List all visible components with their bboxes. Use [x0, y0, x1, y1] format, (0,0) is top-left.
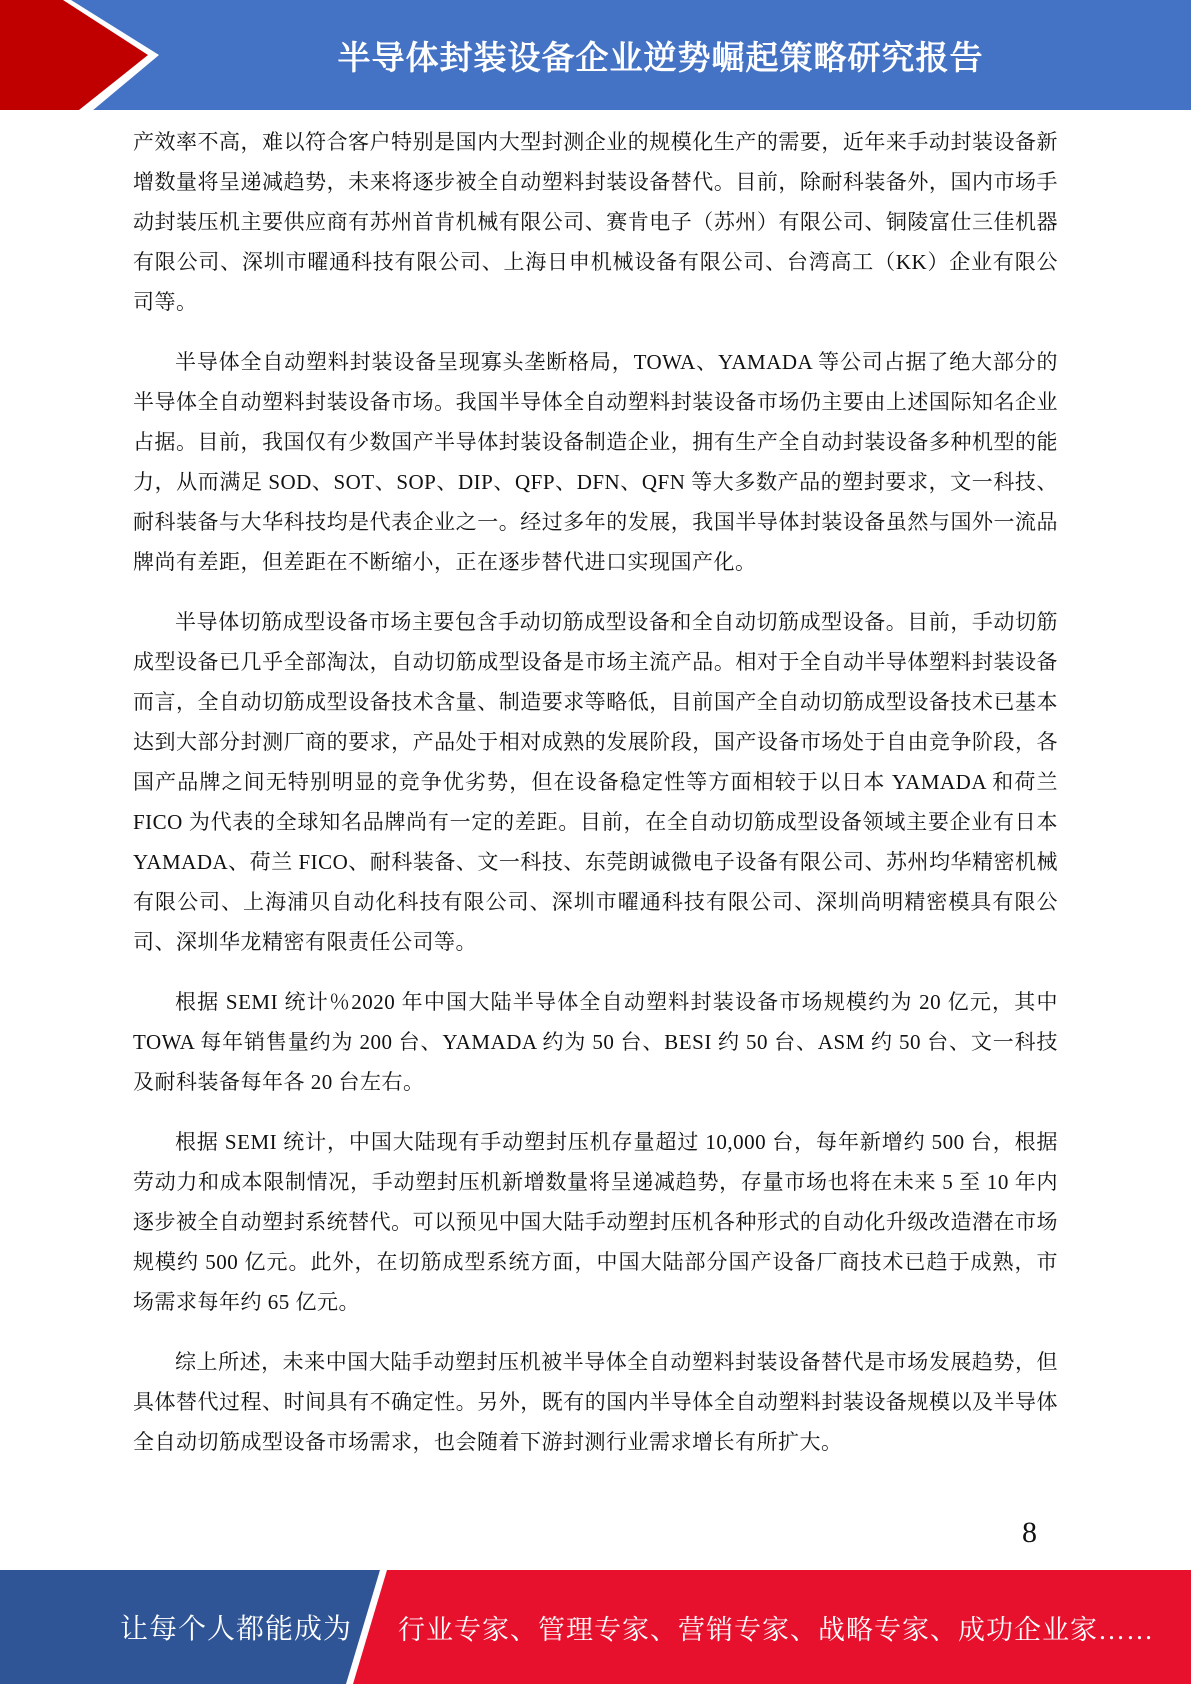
paragraph: 半导体切筋成型设备市场主要包含手动切筋成型设备和全自动切筋成型设备。目前，手动切…: [133, 602, 1058, 962]
paragraph: 根据 SEMI 统计，中国大陆现有手动塑封压机存量超过 10,000 台，每年新…: [133, 1122, 1058, 1322]
red-arrow-icon: [0, 0, 170, 116]
paragraph: 产效率不高，难以符合客户特别是国内大型封测企业的规模化生产的需要，近年来手动封装…: [133, 122, 1058, 322]
paragraph: 半导体全自动塑料封装设备呈现寡头垄断格局，TOWA、YAMADA 等公司占据了绝…: [133, 342, 1058, 582]
footer-left-slogan: 让每个人都能成为: [0, 1570, 352, 1684]
paragraph: 根据 SEMI 统计％2020 年中国大陆半导体全自动塑料封装设备市场规模约为 …: [133, 982, 1058, 1102]
document-page: 半导体封装设备企业逆势崛起策略研究报告 产效率不高，难以符合客户特别是国内大型封…: [0, 0, 1191, 1684]
report-title: 半导体封装设备企业逆势崛起策略研究报告: [170, 0, 1151, 110]
footer-band: 让每个人都能成为 行业专家、管理专家、营销专家、战略专家、成功企业家……: [0, 1570, 1191, 1684]
footer-right-slogan: 行业专家、管理专家、营销专家、战略专家、成功企业家……: [398, 1570, 1191, 1684]
page-number: 8: [1022, 1516, 1037, 1550]
content-area: 产效率不高，难以符合客户特别是国内大型封测企业的规模化生产的需要，近年来手动封装…: [133, 122, 1058, 1482]
paragraph: 综上所述，未来中国大陆手动塑封压机被半导体全自动塑料封装设备替代是市场发展趋势，…: [133, 1342, 1058, 1462]
header-banner: 半导体封装设备企业逆势崛起策略研究报告: [0, 0, 1191, 110]
